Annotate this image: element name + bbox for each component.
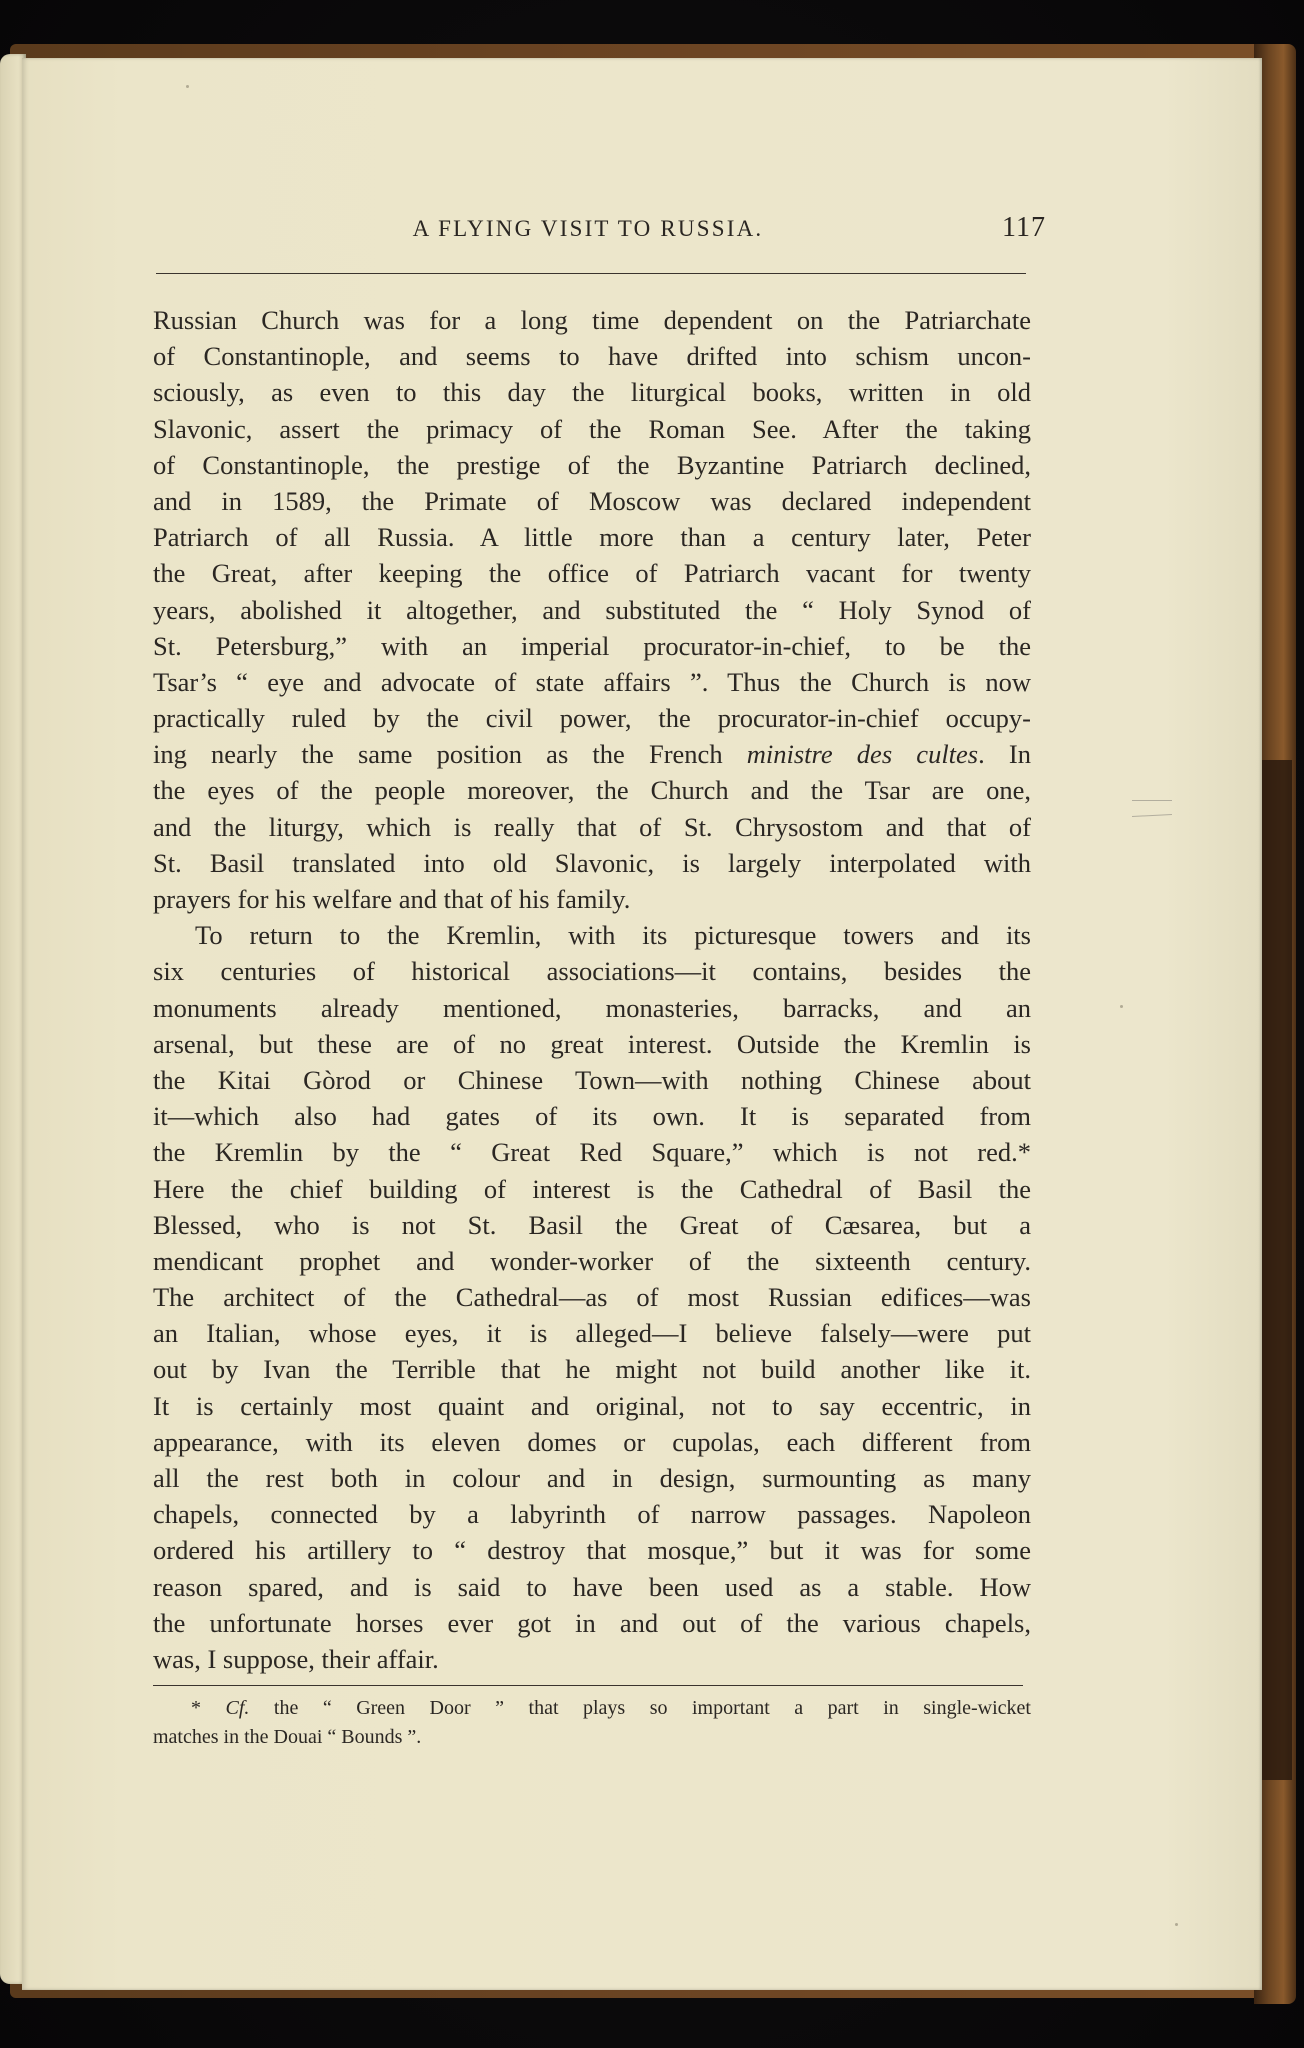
body-line: six centuries of historical associations… bbox=[153, 953, 1031, 989]
text-segment: Slavonic, assert the primacy of the Roma… bbox=[153, 414, 1031, 444]
body-line: Patriarch of all Russia. A little more t… bbox=[153, 519, 1031, 555]
footnote-line: * Cf. the “ Green Door ” that plays so i… bbox=[153, 1694, 1031, 1723]
text-segment: of Constantinople, the prestige of the B… bbox=[153, 450, 1031, 480]
text-segment: * bbox=[191, 1697, 226, 1719]
body-line: was, I suppose, their affair. bbox=[153, 1641, 1031, 1677]
text-segment: Tsar’s “ eye and advocate of state affai… bbox=[153, 667, 1031, 697]
paper-speck bbox=[1175, 1923, 1178, 1926]
text-segment: monuments already mentioned, monasteries… bbox=[153, 993, 1031, 1023]
body-line: reason spared, and is said to have been … bbox=[153, 1569, 1031, 1605]
text-segment: years, abolished it altogether, and subs… bbox=[153, 595, 1031, 625]
body-line: an Italian, whose eyes, it is alleged—I … bbox=[153, 1315, 1031, 1351]
footnote: * Cf. the “ Green Door ” that plays so i… bbox=[153, 1694, 1031, 1752]
body-line: of Constantinople, the prestige of the B… bbox=[153, 447, 1031, 483]
scanned-book-scene: A FLYING VISIT TO RUSSIA. 117 Russian Ch… bbox=[0, 0, 1304, 2048]
body-line: Slavonic, assert the primacy of the Roma… bbox=[153, 411, 1031, 447]
text-segment: Here the chief building of interest is t… bbox=[153, 1174, 1031, 1204]
text-segment: the unfortunate horses ever got in and o… bbox=[153, 1608, 1031, 1638]
text-segment: Patriarch of all Russia. A little more t… bbox=[153, 522, 1031, 552]
text-segment: the “ Green Door ” that plays so importa… bbox=[249, 1697, 1031, 1719]
body-line: the Kremlin by the “ Great Red Square,” … bbox=[153, 1134, 1031, 1170]
body-line: the Kitai Gòrod or Chinese Town—with not… bbox=[153, 1062, 1031, 1098]
header-rule bbox=[156, 273, 1026, 274]
body-line: and the liturgy, which is really that of… bbox=[153, 809, 1031, 845]
body-line: To return to the Kremlin, with its pictu… bbox=[153, 917, 1031, 953]
body-line: of Constantinople, and seems to have dri… bbox=[153, 338, 1031, 374]
body-line: years, abolished it altogether, and subs… bbox=[153, 592, 1031, 628]
italic-text: Cf. bbox=[226, 1697, 250, 1719]
text-segment: an Italian, whose eyes, it is alleged—I … bbox=[153, 1318, 1031, 1348]
body-text: Russian Church was for a long time depen… bbox=[153, 302, 1031, 1677]
body-line: sciously, as even to this day the liturg… bbox=[153, 374, 1031, 410]
body-line: the eyes of the people moreover, the Chu… bbox=[153, 772, 1031, 808]
body-line: it—which also had gates of its own. It i… bbox=[153, 1098, 1031, 1134]
footnote-rule bbox=[153, 1685, 1023, 1686]
text-segment: out by Ivan the Terrible that he might n… bbox=[153, 1354, 1031, 1384]
text-segment: . In bbox=[978, 739, 1031, 769]
body-line: The architect of the Cathedral—as of mos… bbox=[153, 1279, 1031, 1315]
body-line: It is certainly most quaint and original… bbox=[153, 1388, 1031, 1424]
text-segment: St. Basil translated into old Slavonic, … bbox=[153, 848, 1031, 878]
body-line: practically ruled by the civil power, th… bbox=[153, 700, 1031, 736]
text-segment: was, I suppose, their affair. bbox=[153, 1644, 439, 1674]
running-header: A FLYING VISIT TO RUSSIA. 117 bbox=[138, 212, 1038, 252]
text-segment: The architect of the Cathedral—as of mos… bbox=[153, 1282, 1031, 1312]
body-line: the Great, after keeping the office of P… bbox=[153, 555, 1031, 591]
text-segment: chapels, connected by a labyrinth of nar… bbox=[153, 1499, 1031, 1529]
text-segment: the Kremlin by the “ Great Red Square,” … bbox=[153, 1137, 1031, 1167]
text-segment: all the rest both in colour and in desig… bbox=[153, 1463, 1031, 1493]
text-segment: arsenal, but these are of no great inter… bbox=[153, 1029, 1031, 1059]
text-segment: prayers for his welfare and that of his … bbox=[153, 884, 630, 914]
body-line: all the rest both in colour and in desig… bbox=[153, 1460, 1031, 1496]
text-segment: the Great, after keeping the office of P… bbox=[153, 558, 1031, 588]
text-segment: ing nearly the same position as the Fren… bbox=[153, 739, 747, 769]
body-line: appearance, with its eleven domes or cup… bbox=[153, 1424, 1031, 1460]
body-line: monuments already mentioned, monasteries… bbox=[153, 990, 1031, 1026]
body-line: Tsar’s “ eye and advocate of state affai… bbox=[153, 664, 1031, 700]
text-segment: To return to the Kremlin, with its pictu… bbox=[195, 920, 1031, 950]
text-segment: the Kitai Gòrod or Chinese Town—with not… bbox=[153, 1065, 1031, 1095]
italic-text: ministre des cultes bbox=[747, 739, 978, 769]
body-line: and in 1589, the Primate of Moscow was d… bbox=[153, 483, 1031, 519]
text-segment: Russian Church was for a long time depen… bbox=[153, 305, 1031, 335]
text-segment: the eyes of the people moreover, the Chu… bbox=[153, 775, 1031, 805]
text-segment: It is certainly most quaint and original… bbox=[153, 1391, 1031, 1421]
body-line: arsenal, but these are of no great inter… bbox=[153, 1026, 1031, 1062]
body-line: Here the chief building of interest is t… bbox=[153, 1171, 1031, 1207]
text-segment: and the liturgy, which is really that of… bbox=[153, 812, 1031, 842]
body-line: St. Basil translated into old Slavonic, … bbox=[153, 845, 1031, 881]
body-line: out by Ivan the Terrible that he might n… bbox=[153, 1351, 1031, 1387]
body-line: Russian Church was for a long time depen… bbox=[153, 302, 1031, 338]
body-line: ordered his artillery to “ destroy that … bbox=[153, 1532, 1031, 1568]
body-line: ing nearly the same position as the Fren… bbox=[153, 736, 1031, 772]
body-line: the unfortunate horses ever got in and o… bbox=[153, 1605, 1031, 1641]
footnote-line: matches in the Douai “ Bounds ”. bbox=[153, 1723, 1031, 1752]
text-segment: reason spared, and is said to have been … bbox=[153, 1572, 1031, 1602]
body-line: mendicant prophet and wonder-worker of t… bbox=[153, 1243, 1031, 1279]
paper-speck bbox=[1120, 1005, 1123, 1008]
body-line: chapels, connected by a labyrinth of nar… bbox=[153, 1496, 1031, 1532]
text-segment: sciously, as even to this day the liturg… bbox=[153, 377, 1031, 407]
margin-pencil-mark bbox=[1132, 800, 1172, 801]
text-segment: mendicant prophet and wonder-worker of t… bbox=[153, 1246, 1031, 1276]
cover-shadow bbox=[1262, 760, 1292, 1780]
text-segment: of Constantinople, and seems to have dri… bbox=[153, 341, 1031, 371]
paper-speck bbox=[186, 85, 189, 88]
body-line: St. Petersburg,” with an imperial procur… bbox=[153, 628, 1031, 664]
running-title: A FLYING VISIT TO RUSSIA. bbox=[138, 216, 1038, 242]
body-line: Blessed, who is not St. Basil the Great … bbox=[153, 1207, 1031, 1243]
text-segment: Blessed, who is not St. Basil the Great … bbox=[153, 1210, 1031, 1240]
text-segment: appearance, with its eleven domes or cup… bbox=[153, 1427, 1031, 1457]
text-segment: ordered his artillery to “ destroy that … bbox=[153, 1535, 1031, 1565]
text-segment: and in 1589, the Primate of Moscow was d… bbox=[153, 486, 1031, 516]
body-line: prayers for his welfare and that of his … bbox=[153, 881, 1031, 917]
text-segment: matches in the Douai “ Bounds ”. bbox=[153, 1726, 421, 1748]
text-segment: St. Petersburg,” with an imperial procur… bbox=[153, 631, 1031, 661]
page-number: 117 bbox=[1002, 212, 1046, 244]
text-segment: practically ruled by the civil power, th… bbox=[153, 703, 1031, 733]
text-segment: it—which also had gates of its own. It i… bbox=[153, 1101, 1031, 1131]
text-segment: six centuries of historical associations… bbox=[153, 956, 1031, 986]
